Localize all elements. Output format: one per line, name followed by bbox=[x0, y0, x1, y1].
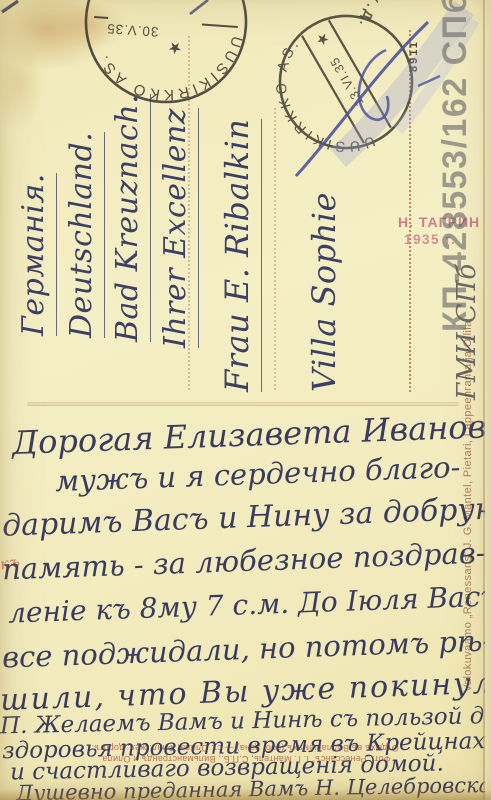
address-line: Ihrer Excellenz bbox=[158, 108, 199, 348]
message-line: все поджидали, но потомъ рѣ- bbox=[2, 623, 491, 674]
scan-edge bbox=[485, 0, 491, 800]
bottom-edge bbox=[0, 789, 491, 800]
address-message-divider bbox=[27, 402, 459, 406]
message-line: память - за любезное поздрав- bbox=[2, 536, 486, 587]
ink-marks-top bbox=[0, 0, 240, 20]
address-line: Германія. bbox=[16, 173, 57, 336]
postmark-date: 30.V.35 bbox=[106, 21, 159, 40]
address-line: Villa Sophie bbox=[305, 192, 343, 392]
message-line: даримъ Васъ и Нину за добрую bbox=[2, 491, 491, 543]
message-line: леніе къ 8му 7 с.м. До Іюля Васъ bbox=[8, 579, 491, 629]
address-line: Deutschland. bbox=[64, 132, 105, 338]
ink-stroke bbox=[190, 0, 208, 14]
museum-inventory-watermark: КП-428553/162 СПб bbox=[436, 0, 475, 332]
ink-stroke bbox=[2, 1, 18, 12]
postcard-scan: 8911 Германія. Deutschland. Bad Kreuznac… bbox=[0, 0, 491, 800]
star-icon: ★ bbox=[167, 38, 182, 56]
address-line: Frau E. Ribalkin bbox=[218, 119, 262, 392]
postmark-bridge-line bbox=[202, 25, 238, 28]
address-line: Bad Kreuznach. bbox=[110, 94, 151, 342]
